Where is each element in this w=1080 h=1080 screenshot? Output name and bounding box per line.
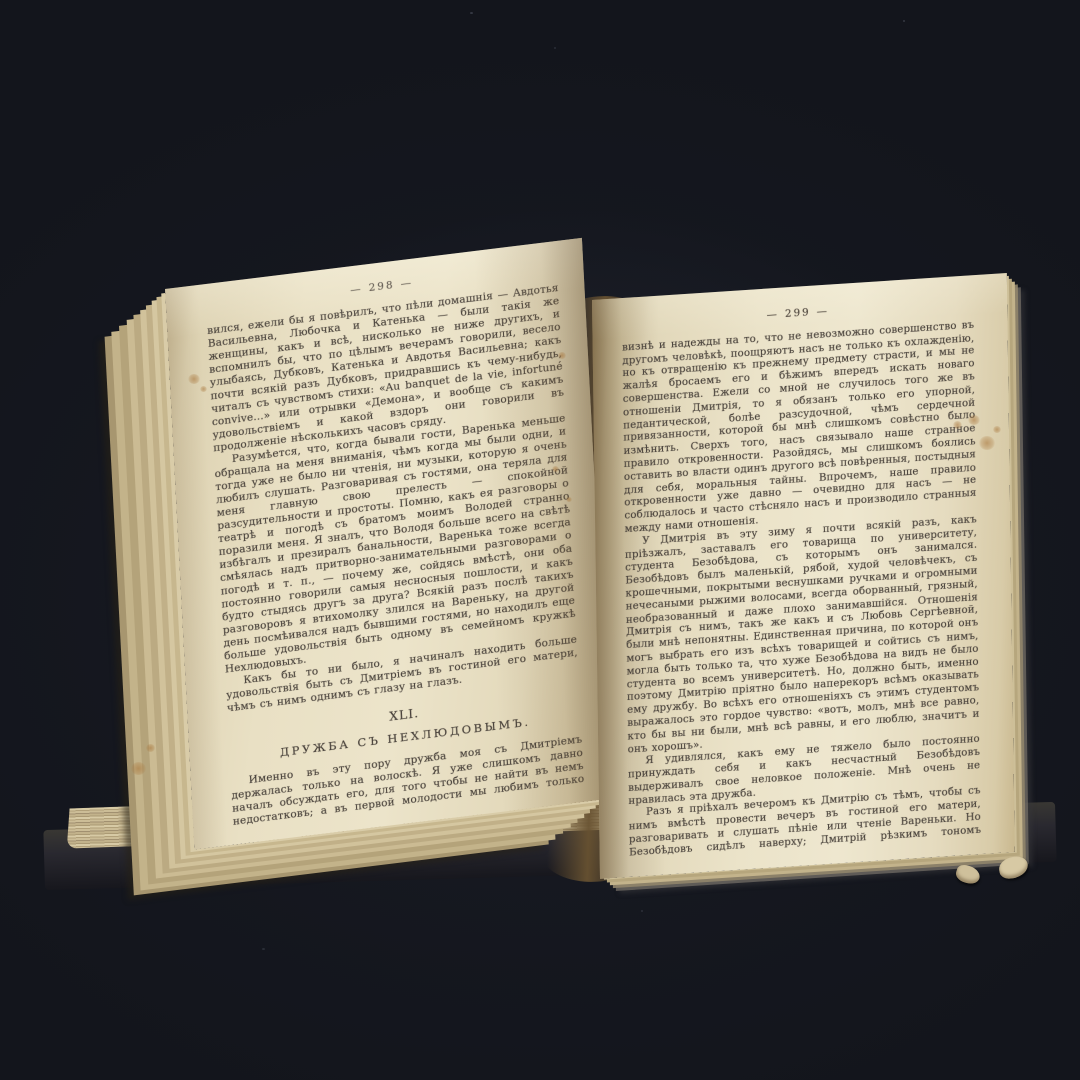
foxing-spot — [993, 426, 1001, 433]
foxing-spot — [566, 497, 572, 502]
dust-speck — [554, 47, 556, 49]
left-page-text: — 298 — вился, ежели бы я повѣрилъ, что … — [206, 259, 585, 829]
foxing-spot — [200, 386, 207, 392]
paragraph: У Дмитрія въ эту зиму я почти всякій раз… — [625, 513, 980, 756]
foxing-spot — [968, 415, 980, 425]
right-page-text: — 299 — визнѣ и надежды на то, что не не… — [622, 295, 981, 858]
torn-page-corner — [954, 863, 982, 887]
paragraph: визнѣ и надежды на то, что не невозможно… — [622, 318, 977, 535]
foxing-spot — [131, 762, 146, 775]
paragraph: Разумѣется, что, когда бывали гости, Вар… — [214, 412, 577, 676]
dust-speck — [903, 20, 905, 22]
dust-speck — [262, 948, 265, 950]
foxing-spot — [979, 436, 995, 450]
foxing-spot — [552, 466, 559, 472]
dust-speck — [641, 910, 643, 912]
photo-scene: — 298 — вился, ежели бы я повѣрилъ, что … — [0, 0, 1080, 1080]
dust-speck — [470, 12, 473, 14]
foxing-spot — [146, 744, 155, 752]
foxing-spot — [188, 374, 200, 384]
foxing-spot — [953, 421, 962, 429]
left-page: — 298 — вился, ежели бы я повѣрилъ, что … — [165, 238, 611, 850]
right-page: — 299 — визнѣ и надежды на то, что не не… — [592, 273, 1015, 879]
foxing-spot — [558, 352, 566, 359]
